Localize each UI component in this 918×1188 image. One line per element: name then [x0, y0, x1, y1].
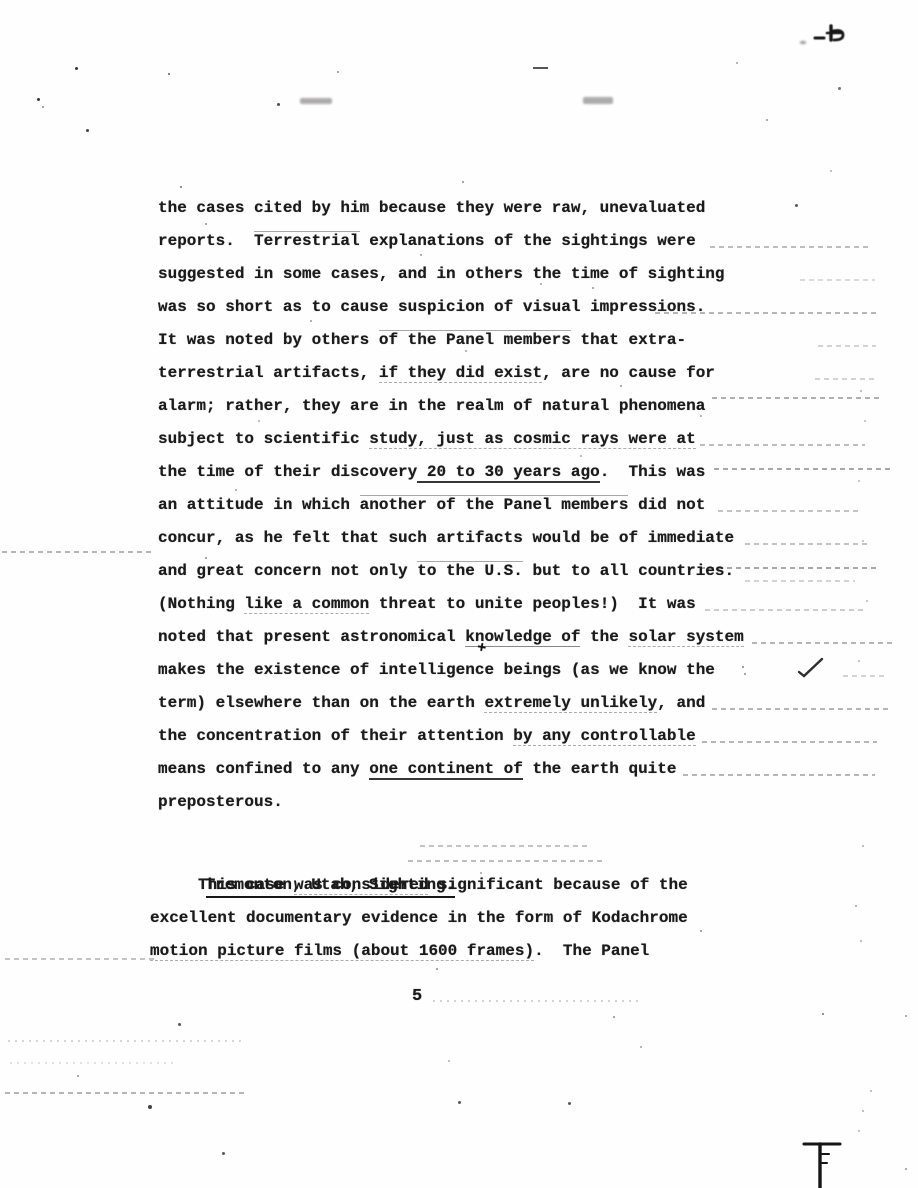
text-segment: the cases cited by him because they were… [158, 199, 705, 217]
scan-speck [862, 1110, 864, 1112]
text-line: the cases cited by him because they were… [158, 192, 744, 225]
text-segment: noted that present astronomical [158, 628, 465, 646]
scan-speck [568, 1102, 571, 1105]
scan-smudge [583, 97, 613, 104]
text-segment: (Nothing [158, 595, 244, 613]
scan-speck [736, 62, 738, 64]
page-number: 5 [412, 986, 422, 1008]
document-page: the cases cited by him because they were… [0, 0, 918, 1188]
text-line: This case was considered significant bec… [150, 869, 688, 902]
text-line: the time of their discovery 20 to 30 yea… [158, 456, 744, 489]
scan-speck [860, 390, 862, 392]
checkmark-icon [796, 656, 828, 682]
text-segment: motion picture films (about 1600 frames) [150, 942, 534, 961]
text-line: terrestrial artifacts, if they did exist… [158, 357, 744, 390]
text-line: alarm; rather, they are in the realm of … [158, 390, 744, 423]
text-segment: excellent documentary evidence in the fo… [150, 909, 688, 927]
scan-speck [448, 1060, 450, 1062]
text-segment: an attitude in which [158, 496, 360, 514]
text-segment: significant because of the [428, 876, 687, 894]
scan-speck [766, 119, 768, 121]
scan-speck [744, 673, 746, 675]
text-line: an attitude in which another of the Pane… [158, 489, 744, 522]
scan-speck [277, 103, 280, 106]
corner-bracket-mark [798, 1128, 846, 1188]
scan-speck [180, 186, 182, 188]
scan-dash-line [8, 1040, 246, 1042]
scan-dash-line [5, 958, 155, 960]
text-segment: the earth quite [523, 760, 677, 778]
scan-smudge [300, 98, 332, 104]
scan-speck [168, 73, 170, 75]
text-line: reports. Terrestrial explanations of the… [158, 225, 744, 258]
text-segment: means confined to any [158, 760, 369, 778]
text-segment: This case [150, 876, 294, 894]
text-segment: one continent of [369, 760, 523, 780]
scan-speck [222, 1152, 225, 1155]
text-segment: the time of their discovery [158, 463, 417, 481]
text-segment: by any controllable [513, 727, 695, 746]
text-segment: , and [657, 694, 705, 712]
scan-speck [436, 968, 438, 970]
text-line: means confined to any one continent of t… [158, 753, 744, 786]
scan-speck [178, 1023, 181, 1026]
scan-speck [148, 1105, 152, 1109]
scan-speck [858, 480, 860, 482]
text-segment: explanations of the sightings were [360, 232, 696, 250]
paragraph-1: the cases cited by him because they were… [158, 192, 744, 819]
scan-dash-line [745, 543, 870, 545]
scan-speck [462, 181, 464, 183]
text-segment: preposterous. [158, 793, 283, 811]
text-line: term) elsewhere than on the earth extrem… [158, 687, 744, 720]
text-line: It was noted by others of the Panel memb… [158, 324, 744, 357]
text-segment: makes the existence of intelligence bein… [158, 661, 715, 679]
scan-speck [77, 1075, 79, 1077]
text-segment: of the Panel members [379, 330, 571, 349]
text-line: noted that present astronomical knowledg… [158, 621, 744, 654]
text-segment: It was noted by others [158, 331, 379, 349]
scan-speck [337, 71, 339, 73]
scan-speck [700, 930, 702, 932]
scan-speck [864, 420, 866, 422]
scan-speck [838, 87, 841, 90]
scan-dash-line [800, 279, 875, 281]
text-line: suggested in some cases, and in others t… [158, 258, 744, 291]
text-segment: like a common [244, 595, 369, 614]
scan-dash-line [433, 1000, 638, 1002]
text-segment: the concentration of their attention [158, 727, 513, 745]
text-segment: reports. [158, 232, 254, 250]
scan-dash-line [843, 675, 888, 677]
text-segment: if they did exist [379, 364, 542, 383]
scan-dash-line [533, 67, 548, 69]
section-heading: Tremonton, Utah, Sighting. [148, 836, 455, 869]
scan-speck [37, 98, 40, 101]
text-segment: . This was [600, 463, 706, 481]
text-segment: terrestrial artifacts, [158, 364, 379, 382]
scan-speck [458, 1101, 461, 1104]
scan-speck [905, 1168, 907, 1170]
text-segment: threat to unite peoples!) It was [369, 595, 695, 613]
handwritten-scribble-mark [793, 18, 857, 48]
scan-dash-line [752, 642, 892, 644]
text-segment: . The Panel [534, 942, 649, 960]
heading-line: Tremonton, Utah, Sighting. [148, 836, 455, 869]
scan-speck [855, 905, 857, 907]
text-segment: and great concern not only [158, 562, 417, 580]
text-line: excellent documentary evidence in the fo… [150, 902, 688, 935]
text-segment: Terrestrial [254, 231, 360, 250]
scan-speck [860, 940, 862, 942]
text-segment: study, just as cosmic rays were at [369, 430, 695, 449]
paragraph-2: This case was considered significant bec… [150, 869, 688, 968]
scan-speck [858, 1130, 860, 1132]
text-line: was so short as to cause suspicion of vi… [158, 291, 744, 324]
text-segment: , are no cause for [542, 364, 715, 382]
text-segment: to the U.S. [417, 561, 523, 580]
scan-speck [822, 1013, 824, 1015]
scan-speck [862, 845, 864, 847]
scan-dash-line [10, 1062, 175, 1064]
scan-dash-line [815, 378, 875, 380]
text-segment: term) elsewhere than on the earth [158, 694, 484, 712]
text-segment: another of the Panel members [360, 495, 629, 514]
text-segment: concur, as he felt that such artifacts w… [158, 529, 734, 547]
text-line: subject to scientific study, just as cos… [158, 423, 744, 456]
text-segment: suggested in some cases, and in others t… [158, 265, 725, 283]
scan-speck [905, 1015, 907, 1017]
text-segment: was so short as to cause suspicion of vi… [158, 298, 705, 316]
text-segment: subject to scientific [158, 430, 369, 448]
text-line: preposterous. [158, 786, 744, 819]
text-line: concur, as he felt that such artifacts w… [158, 522, 744, 555]
text-segment: 20 to 30 years ago [417, 463, 599, 483]
scan-speck [830, 170, 832, 172]
scan-speck [862, 540, 864, 542]
scan-dash-line [2, 551, 152, 553]
text-segment: did not [628, 496, 705, 514]
scan-speck [613, 1016, 615, 1018]
scan-speck [870, 1090, 872, 1092]
text-segment: extremely unlikely [484, 694, 657, 713]
scan-speck [866, 600, 868, 602]
text-line: and great concern not only to the U.S. b… [158, 555, 744, 588]
scan-speck [75, 67, 78, 70]
scan-speck [640, 1046, 642, 1048]
scan-dash-line [818, 345, 876, 347]
text-segment: solar system [628, 628, 743, 647]
scan-speck [795, 204, 798, 207]
scan-speck [42, 106, 44, 108]
text-segment: was considered [294, 876, 428, 895]
text-line: makes the existence of intelligence bein… [158, 654, 744, 687]
scan-dash-line [5, 1092, 247, 1094]
scan-speck [858, 660, 860, 662]
scan-speck [86, 129, 89, 132]
text-line: (Nothing like a common threat to unite p… [158, 588, 744, 621]
text-segment: alarm; rather, they are in the realm of … [158, 397, 705, 415]
text-segment: but to all countries. [523, 562, 734, 580]
text-segment: the [580, 628, 628, 646]
text-segment: that extra- [571, 331, 686, 349]
text-line: the concentration of their attention by … [158, 720, 744, 753]
scan-dash-line [745, 580, 855, 582]
text-line: motion picture films (about 1600 frames)… [150, 935, 688, 968]
